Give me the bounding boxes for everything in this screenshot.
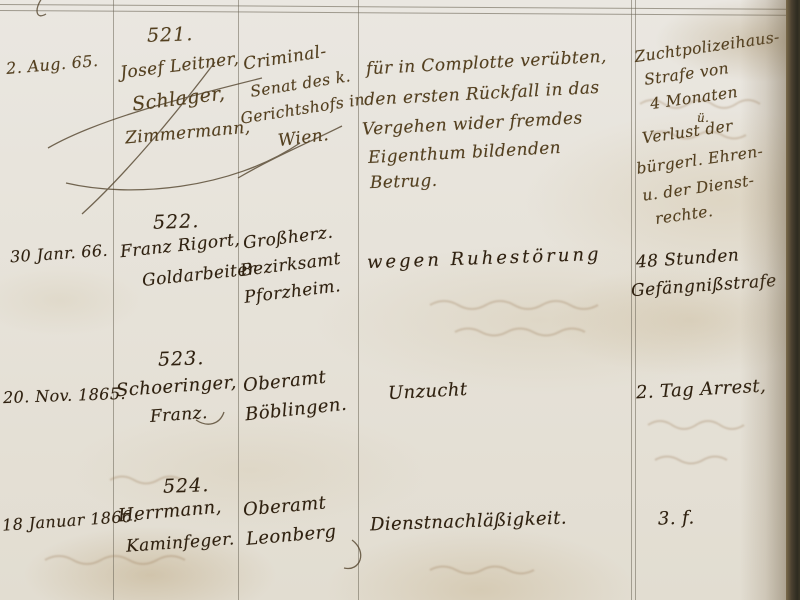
entry-authority-line: Leonberg — [245, 523, 337, 549]
ledger-entry-524: 524. 18 Januar 1866. Herrmann, Kaminfege… — [0, 0, 800, 600]
scanned-ledger-page: 521. 2. Aug. 65. Josef Leitner, Schlager… — [0, 0, 800, 600]
entry-name-line: Herrmann, — [117, 499, 222, 526]
entry-offense-line: Dienstnachläßigkeit. — [370, 510, 567, 535]
entry-number: 524. — [163, 476, 210, 497]
page-edge-shadow — [740, 0, 786, 600]
entry-name-line: Kaminfeger. — [126, 531, 236, 556]
entry-sentence-line: 3. f. — [658, 509, 695, 528]
entry-authority-line: Oberamt — [242, 494, 327, 519]
page-edge — [786, 0, 800, 600]
